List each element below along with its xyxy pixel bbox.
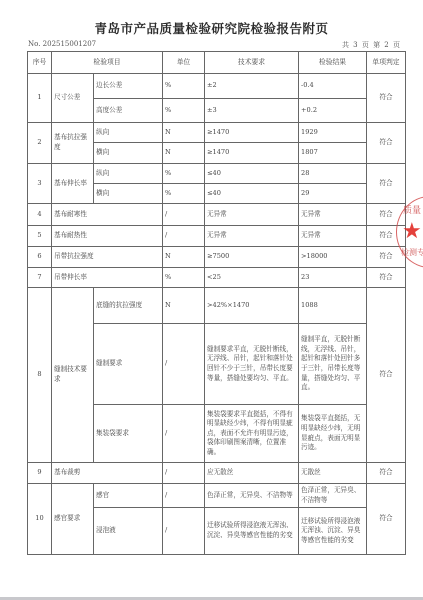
unit-cell: % bbox=[163, 99, 205, 123]
result-cell: 28 bbox=[299, 164, 367, 184]
result-cell: 无异常 bbox=[299, 204, 367, 226]
subitem-cell: 缝制要求 bbox=[94, 324, 163, 405]
col-header-seq: 序号 bbox=[28, 52, 52, 74]
unit-cell: / bbox=[163, 508, 205, 555]
star-icon: ★ bbox=[402, 221, 422, 243]
result-cell: 无异常 bbox=[299, 226, 367, 247]
requirement-cell: ≥7500 bbox=[205, 247, 299, 268]
requirement-cell: ≥1470 bbox=[205, 123, 299, 143]
unit-cell: % bbox=[163, 164, 205, 184]
judgment-cell: 符合 bbox=[367, 484, 406, 555]
table-row: 7 吊带伸长率 % <25 23 符合 bbox=[28, 268, 406, 288]
subitem-cell: 边长公差 bbox=[94, 74, 163, 99]
subitem-cell: 横向 bbox=[94, 143, 163, 164]
subitem-cell: 浸泡液 bbox=[94, 508, 163, 555]
subitem-cell: 纵向 bbox=[94, 164, 163, 184]
item-cell: 缝制技术要求 bbox=[52, 288, 94, 463]
requirement-cell: 应无散丝 bbox=[205, 463, 299, 484]
requirement-cell: <25 bbox=[205, 268, 299, 288]
item-cell: 基布裁剪 bbox=[52, 463, 163, 484]
unit-cell: N bbox=[163, 288, 205, 324]
subitem-cell: 纵向 bbox=[94, 123, 163, 143]
table-row: 4 基布耐寒性 / 无异常 无异常 符合 bbox=[28, 204, 406, 226]
table-header-row: 序号 检验项目 单位 技术要求 检验结果 单项判定 bbox=[28, 52, 406, 74]
seq-cell: 8 bbox=[28, 288, 52, 463]
stamp-top-text: 质量 bbox=[403, 203, 421, 216]
result-cell: 1929 bbox=[299, 123, 367, 143]
judgment-cell: 符合 bbox=[367, 164, 406, 204]
stamp-bottom-text: 检测专 bbox=[401, 247, 423, 258]
result-cell: 无散丝 bbox=[299, 463, 367, 484]
judgment-cell: 符合 bbox=[367, 268, 406, 288]
unit-cell: / bbox=[163, 463, 205, 484]
report-number: No. 202515001207 bbox=[28, 40, 96, 48]
unit-cell: N bbox=[163, 143, 205, 164]
seq-cell: 7 bbox=[28, 268, 52, 288]
report-title: 青岛市产品质量检验研究院检验报告附页 bbox=[0, 19, 423, 37]
requirement-cell: 色泽正常，无异臭、不洁物等 bbox=[205, 484, 299, 508]
result-cell: 23 bbox=[299, 268, 367, 288]
unit-cell: % bbox=[163, 184, 205, 204]
subitem-cell: 集装袋要求 bbox=[94, 405, 163, 463]
unit-cell: / bbox=[163, 324, 205, 405]
seq-cell: 4 bbox=[28, 204, 52, 226]
seq-cell: 9 bbox=[28, 463, 52, 484]
requirement-cell: 无异常 bbox=[205, 204, 299, 226]
seq-cell: 6 bbox=[28, 247, 52, 268]
unit-cell: N bbox=[163, 247, 205, 268]
requirement-cell: ±3 bbox=[205, 99, 299, 123]
table-row: 9 基布裁剪 / 应无散丝 无散丝 符合 bbox=[28, 463, 406, 484]
unit-cell: / bbox=[163, 204, 205, 226]
seq-cell: 2 bbox=[28, 123, 52, 164]
result-cell: 1088 bbox=[299, 288, 367, 324]
result-cell: >18000 bbox=[299, 247, 367, 268]
unit-cell: % bbox=[163, 74, 205, 99]
seq-cell: 10 bbox=[28, 484, 52, 555]
item-cell: 基布伸长率 bbox=[52, 164, 94, 204]
col-header-unit: 单位 bbox=[163, 52, 205, 74]
seq-cell: 1 bbox=[28, 74, 52, 123]
requirement-cell: >42%×1470 bbox=[205, 288, 299, 324]
result-cell: 1807 bbox=[299, 143, 367, 164]
subitem-cell: 感官 bbox=[94, 484, 163, 508]
requirement-cell: 缝制要求平直，无脱针断线，无浮线、吊针，起针和落针处回针不少于三针，吊带长度要等… bbox=[205, 324, 299, 405]
table-row: 3 基布伸长率 纵向 % ≤40 28 符合 bbox=[28, 164, 406, 184]
judgment-cell: 符合 bbox=[367, 123, 406, 164]
col-header-item: 检验项目 bbox=[52, 52, 163, 74]
table-row: 10 感官要求 感官 / 色泽正常，无异臭、不洁物等 色泽正常，无异臭、不洁物等… bbox=[28, 484, 406, 508]
col-header-judgment: 单项判定 bbox=[367, 52, 406, 74]
seq-cell: 5 bbox=[28, 226, 52, 247]
requirement-cell: 无异常 bbox=[205, 226, 299, 247]
item-cell: 吊带伸长率 bbox=[52, 268, 163, 288]
subitem-cell: 横向 bbox=[94, 184, 163, 204]
result-cell: 29 bbox=[299, 184, 367, 204]
table-row: 1 尺寸公差 边长公差 % ±2 -0.4 符合 bbox=[28, 74, 406, 99]
requirement-cell: 集装袋要求平直挺括，不得有明显缺经少纬，不得有明显疵点，表面不允许有明显污迹，袋… bbox=[205, 405, 299, 463]
table-row: 5 基布耐热性 / 无异常 无异常 符合 bbox=[28, 226, 406, 247]
item-cell: 基布耐热性 bbox=[52, 226, 163, 247]
page-info: 共 3 页 第 2 页 bbox=[342, 40, 401, 50]
table-row: 6 吊带抗拉强度 N ≥7500 >18000 符合 bbox=[28, 247, 406, 268]
result-cell: 迁移试验所得浸泡液无浑浊、沉淀、异臭等感官性能的劣变 bbox=[299, 508, 367, 555]
col-header-result: 检验结果 bbox=[299, 52, 367, 74]
judgment-cell: 符合 bbox=[367, 463, 406, 484]
requirement-cell: ≤40 bbox=[205, 164, 299, 184]
item-cell: 基布耐寒性 bbox=[52, 204, 163, 226]
requirement-cell: ≤40 bbox=[205, 184, 299, 204]
col-header-requirement: 技术要求 bbox=[205, 52, 299, 74]
unit-cell: / bbox=[163, 226, 205, 247]
result-cell: -0.4 bbox=[299, 74, 367, 99]
unit-cell: / bbox=[163, 405, 205, 463]
item-cell: 感官要求 bbox=[52, 484, 94, 555]
unit-cell: / bbox=[163, 484, 205, 508]
judgment-cell: 符合 bbox=[367, 288, 406, 463]
requirement-cell: ≥1470 bbox=[205, 143, 299, 164]
requirement-cell: ±2 bbox=[205, 74, 299, 99]
requirement-cell: 迁移试验所得浸泡液无浑浊、沉淀、异臭等感官性能的劣变 bbox=[205, 508, 299, 555]
subitem-cell: 底缝的抗拉强度 bbox=[94, 288, 163, 324]
subitem-cell: 高度公差 bbox=[94, 99, 163, 123]
inspection-table: 序号 检验项目 单位 技术要求 检验结果 单项判定 1 尺寸公差 边长公差 % … bbox=[27, 51, 406, 555]
result-cell: 色泽正常，无异臭、不洁物等 bbox=[299, 484, 367, 508]
table-row: 8 缝制技术要求 底缝的抗拉强度 N >42%×1470 1088 符合 bbox=[28, 288, 406, 324]
table-row: 2 基布抗拉强度 纵向 N ≥1470 1929 符合 bbox=[28, 123, 406, 143]
result-cell: +0.2 bbox=[299, 99, 367, 123]
item-cell: 尺寸公差 bbox=[52, 74, 94, 123]
item-cell: 基布抗拉强度 bbox=[52, 123, 94, 164]
unit-cell: N bbox=[163, 123, 205, 143]
seq-cell: 3 bbox=[28, 164, 52, 204]
item-cell: 吊带抗拉强度 bbox=[52, 247, 163, 268]
result-cell: 缝制平直，无脱针断线，无浮线、吊针，起针和落针处回针多于三针，吊带长度等量，搭缝… bbox=[299, 324, 367, 405]
result-cell: 集装袋平直挺括，无明显缺经少纬，无明显疵点，表面无明显污迹。 bbox=[299, 405, 367, 463]
judgment-cell: 符合 bbox=[367, 74, 406, 123]
unit-cell: % bbox=[163, 268, 205, 288]
